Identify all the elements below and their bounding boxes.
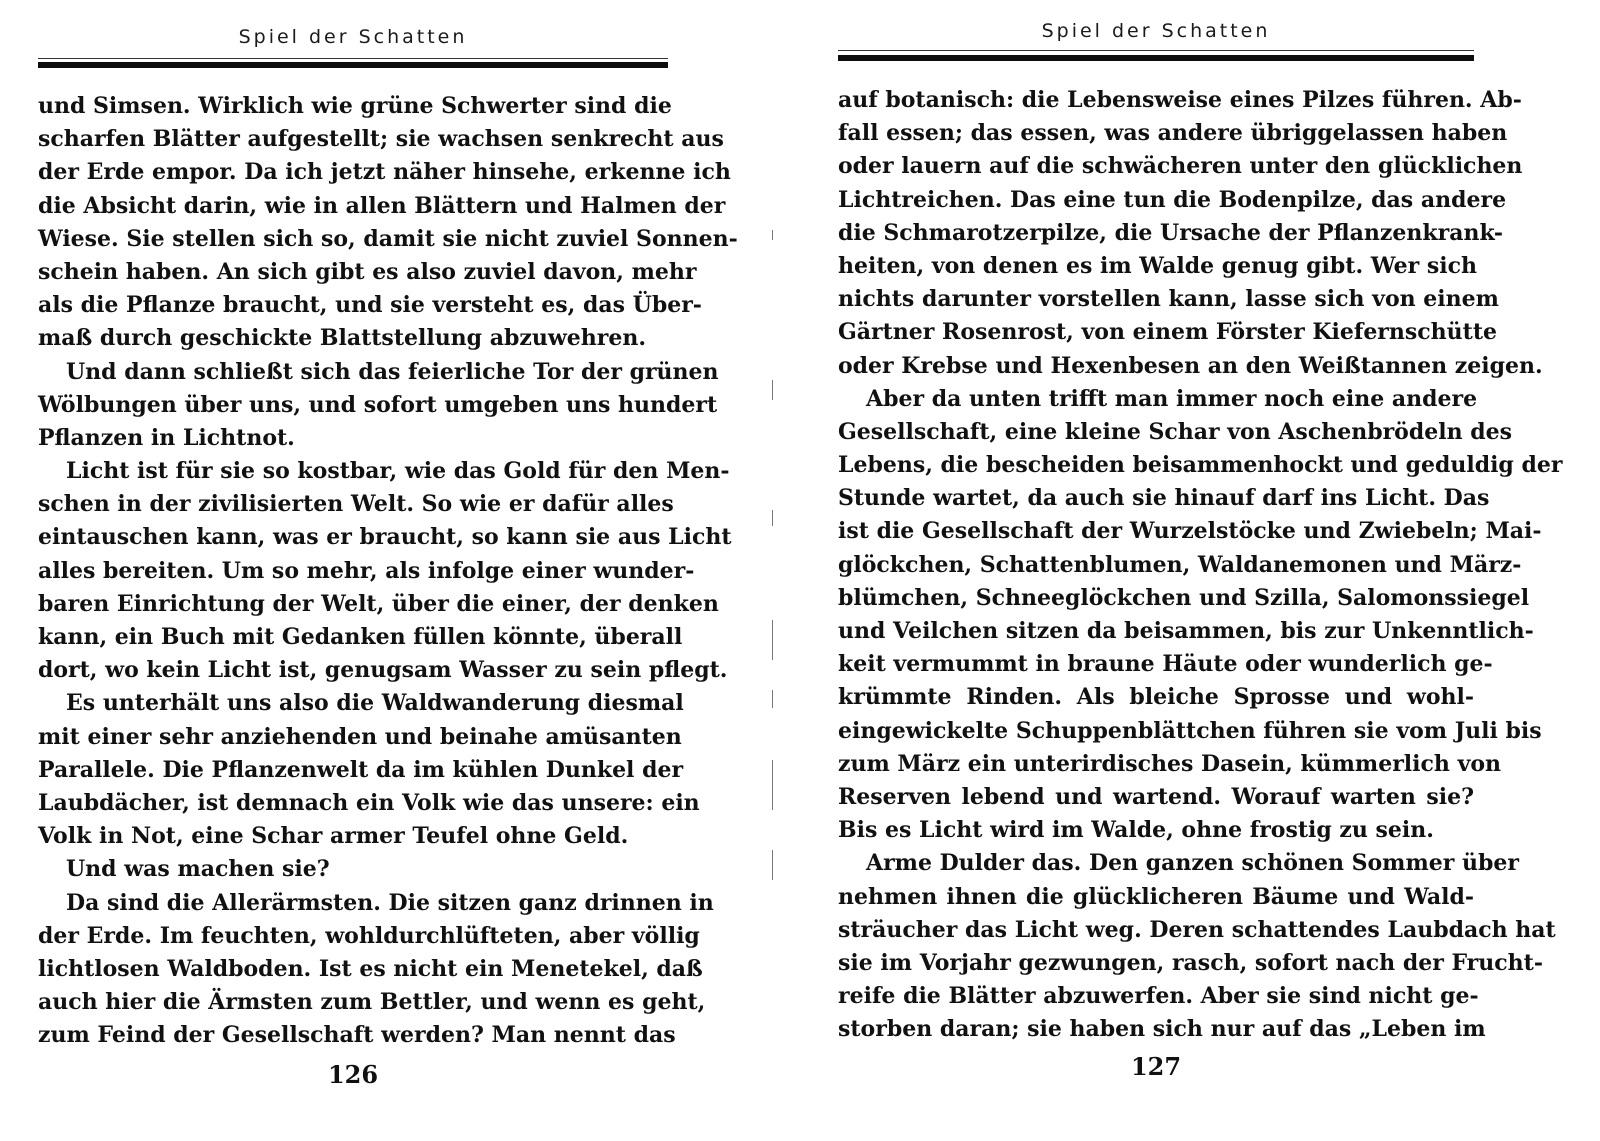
- text-line: Lichtreichen. Das eine tun die Bodenpilz…: [838, 184, 1474, 217]
- text-line: kann, ein Buch mit Gedanken füllen könnt…: [38, 621, 668, 654]
- text-line: glöckchen, Schattenblumen, Waldanemonen …: [838, 549, 1474, 582]
- text-line: storben daran; sie haben sich nur auf da…: [838, 1013, 1474, 1046]
- text-line: Wölbungen über uns, und sofort umgeben u…: [38, 389, 668, 422]
- text-line: auf botanisch: die Lebensweise eines Pil…: [838, 84, 1474, 117]
- text-line: scharfen Blätter aufgestellt; sie wachse…: [38, 123, 668, 156]
- text-line: Parallele. Die Pflanzenwelt da im kühlen…: [38, 754, 668, 787]
- text-line: Reserven lebend und wartend. Worauf wart…: [838, 781, 1474, 814]
- text-line: baren Einrichtung der Welt, über die ein…: [38, 588, 668, 621]
- text-line: sie im Vorjahr gezwungen, rasch, sofort …: [838, 947, 1474, 980]
- body-text: auf botanisch: die Lebensweise eines Pil…: [838, 84, 1474, 1046]
- header-rule-thin: [38, 58, 668, 59]
- text-line: keit vermummt in braune Häute oder wunde…: [838, 648, 1474, 681]
- text-line: sträucher das Licht weg. Deren schattend…: [838, 914, 1474, 947]
- text-line: ist die Gesellschaft der Wurzelstöcke un…: [838, 515, 1474, 548]
- header-rule-thin: [838, 50, 1474, 51]
- text-line: Pflanzen in Lichtnot.: [38, 422, 668, 455]
- text-line: Wiese. Sie stellen sich so, damit sie ni…: [38, 223, 668, 256]
- text-line: Bis es Licht wird im Walde, ohne frostig…: [838, 814, 1474, 847]
- text-line: mit einer sehr anziehenden und beinahe a…: [38, 721, 668, 754]
- text-line: schein haben. An sich gibt es also zuvie…: [38, 256, 668, 289]
- text-line: Arme Dulder das. Den ganzen schönen Somm…: [838, 847, 1474, 880]
- page-number: 126: [38, 1060, 668, 1089]
- text-line: Aber da unten trifft man immer noch eine…: [838, 383, 1474, 416]
- text-line: der Erde. Im feuchten, wohldurchlüfteten…: [38, 920, 668, 953]
- right-page: Spiel der Schatten auf botanisch: die Le…: [838, 0, 1474, 1141]
- page-number: 127: [838, 1052, 1474, 1081]
- text-line: und Veilchen sitzen da beisammen, bis zu…: [838, 615, 1474, 648]
- text-line: nichts darunter vorstellen kann, lasse s…: [838, 283, 1474, 316]
- text-line: die Schmarotzerpilze, die Ursache der Pf…: [838, 217, 1474, 250]
- text-line: lichtlosen Waldboden. Ist es nicht ein M…: [38, 953, 668, 986]
- text-line: eingewickelte Schuppenblättchen führen s…: [838, 715, 1474, 748]
- text-line: Da sind die Allerärmsten. Die sitzen gan…: [38, 887, 668, 920]
- text-line: oder lauern auf die schwächeren unter de…: [838, 150, 1474, 183]
- text-line: zum Feind der Gesellschaft werden? Man n…: [38, 1019, 668, 1052]
- text-line: nehmen ihnen die glücklicheren Bäume und…: [838, 881, 1474, 914]
- text-line: Volk in Not, eine Schar armer Teufel ohn…: [38, 820, 668, 853]
- text-line: oder Krebse und Hexenbesen an den Weißta…: [838, 350, 1474, 383]
- text-line: eintauschen kann, was er braucht, so kan…: [38, 521, 668, 554]
- text-line: fall essen; das essen, was andere übrigg…: [838, 117, 1474, 150]
- text-line: Licht ist für sie so kostbar, wie das Go…: [38, 455, 668, 488]
- running-head: Spiel der Schatten: [38, 26, 668, 48]
- text-line: als die Pflanze braucht, und sie versteh…: [38, 289, 668, 322]
- text-line: die Absicht darin, wie in allen Blättern…: [38, 190, 668, 223]
- text-line: und Simsen. Wirklich wie grüne Schwerter…: [38, 90, 668, 123]
- text-line: Gesellschaft, eine kleine Schar von Asch…: [838, 416, 1474, 449]
- text-line: reife die Blätter abzuwerfen. Aber sie s…: [838, 980, 1474, 1013]
- running-head: Spiel der Schatten: [838, 20, 1474, 42]
- text-line: zum März ein unterirdisches Dasein, kümm…: [838, 748, 1474, 781]
- header-rule-thick: [838, 55, 1474, 61]
- left-page: Spiel der Schatten und Simsen. Wirklich …: [38, 0, 668, 1141]
- gutter-scan-marks: [772, 230, 774, 870]
- text-line: maß durch geschickte Blattstellung abzuw…: [38, 322, 668, 355]
- text-line: dort, wo kein Licht ist, genugsam Wasser…: [38, 654, 668, 687]
- text-line: alles bereiten. Um so mehr, als infolge …: [38, 555, 668, 588]
- text-line: Und was machen sie?: [38, 853, 668, 886]
- text-line: krümmte Rinden. Als bleiche Sprosse und …: [838, 681, 1474, 714]
- text-line: auch hier die Ärmsten zum Bettler, und w…: [38, 986, 668, 1019]
- header-rule-thick: [38, 62, 668, 68]
- text-line: Stunde wartet, da auch sie hinauf darf i…: [838, 482, 1474, 515]
- text-line: Laubdächer, ist demnach ein Volk wie das…: [38, 787, 668, 820]
- text-line: Und dann schließt sich das feierliche To…: [38, 356, 668, 389]
- text-line: Es unterhält uns also die Waldwanderung …: [38, 687, 668, 720]
- text-line: der Erde empor. Da ich jetzt näher hinse…: [38, 156, 668, 189]
- text-line: blümchen, Schneeglöckchen und Szilla, Sa…: [838, 582, 1474, 615]
- text-line: schen in der zivilisierten Welt. So wie …: [38, 488, 668, 521]
- text-line: heiten, von denen es im Walde genug gibt…: [838, 250, 1474, 283]
- text-line: Lebens, die bescheiden beisammenhockt un…: [838, 449, 1474, 482]
- text-line: Gärtner Rosenrost, von einem Förster Kie…: [838, 316, 1474, 349]
- body-text: und Simsen. Wirklich wie grüne Schwerter…: [38, 90, 668, 1052]
